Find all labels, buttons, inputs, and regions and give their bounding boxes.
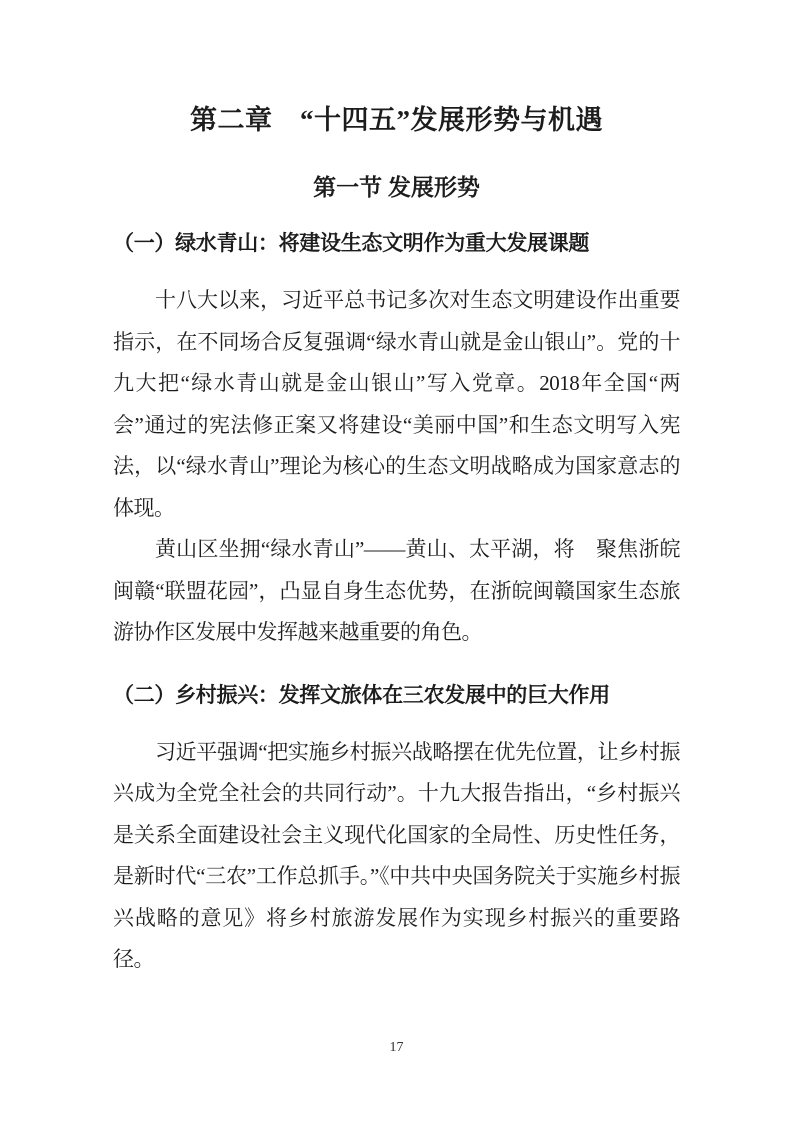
- chapter-title: 第二章 “十四五”发展形势与机遇: [113, 103, 680, 137]
- subsection-heading-2: （二）乡村振兴：发挥文旅体在三农发展中的巨大作用: [113, 682, 680, 708]
- body-paragraph: 习近平强调“把实施乡村振兴战略摆在优先位置，让乡村振兴成为全党全社会的共同行动”…: [113, 732, 680, 981]
- body-paragraph: 十八大以来，习近平总书记多次对生态文明建设作出重要指示，在不同场合反复强调“绿水…: [113, 280, 680, 529]
- subsection-heading-1: （一）绿水青山：将建设生态文明作为重大发展课题: [113, 230, 680, 256]
- page-number: 17: [0, 1038, 793, 1058]
- section-title: 第一节 发展形势: [113, 174, 680, 202]
- document-content: 第二章 “十四五”发展形势与机遇 第一节 发展形势 （一）绿水青山：将建设生态文…: [113, 103, 680, 981]
- body-paragraph: 黄山区坐拥“绿水青山”——黄山、太平湖，将 聚焦浙皖闽赣“联盟花园”，凸显自身生…: [113, 529, 680, 654]
- document-page: 第二章 “十四五”发展形势与机遇 第一节 发展形势 （一）绿水青山：将建设生态文…: [0, 0, 793, 1122]
